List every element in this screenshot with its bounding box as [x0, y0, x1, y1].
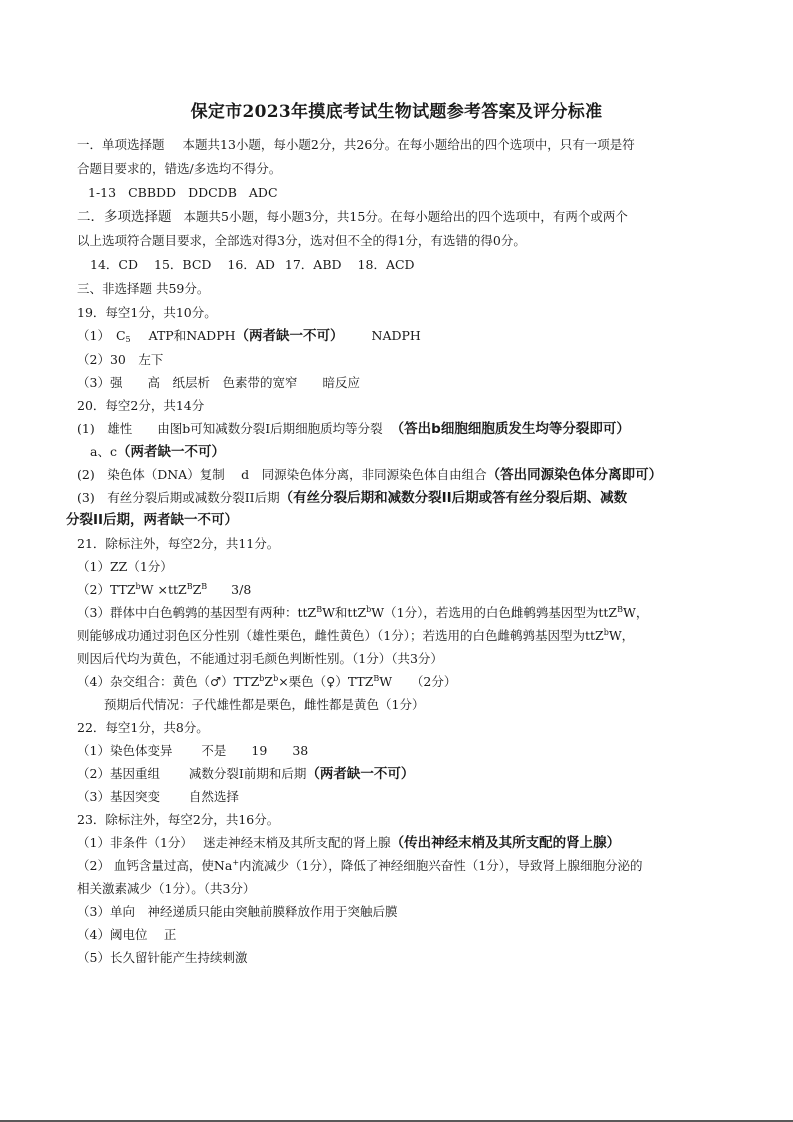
q20-part2: (2) 染色体（DNA）复制 d 同源染色体分离，非同源染色体自由组合（答出同源…: [77, 467, 737, 483]
page-title: 保定市2023年摸底考试生物试题参考答案及评分标准: [0, 97, 793, 122]
q23-part1-note: （传出神经末梢及其所支配的肾上腺）: [391, 835, 621, 851]
q22-part2-note: （两者缺一不可）: [306, 766, 414, 782]
q22-part2: （2）基因重组 减数分裂I前期和后期（两者缺一不可）: [77, 766, 737, 782]
section1-desc-line2: 合题目要求的，错选/多选均不得分。: [77, 161, 737, 177]
q23-part4: （4）阈电位 正: [77, 927, 737, 943]
q21-part3-line1: （3）群体中白色鹌鹑的基因型有两种：ttZBW和ttZbW（1分），若选用的白色…: [77, 605, 737, 621]
q19-part2: （2）30 左下: [77, 352, 737, 368]
section1-answers: 1-13CBBDDDDCDBADC: [88, 185, 748, 201]
q21-part4-expectation: 预期后代情况：子代雄性都是栗色，雌性都是黄色（1分）: [104, 697, 764, 713]
q22-header: 22．每空1分，共8分。: [77, 720, 737, 736]
q19-header: 19．每空1分，共10分。: [77, 305, 737, 321]
q21-part3-line2: 则能够成功通过羽色区分性别（雄性栗色，雌性黄色）（1分）；若选用的白色雌鹌鹑基因…: [77, 628, 737, 644]
q21-header: 21．除标注外，每空2分，共11分。: [77, 536, 737, 552]
q21-part4: （4）杂交组合：黄色（♂）TTZbZb×栗色（♀）TTZBW （2分）: [77, 674, 737, 690]
q19-part3: （3）强 高 纸层析 色素带的宽窄 暗反应: [77, 375, 737, 391]
q22-part1: （1）染色体变异 不是 19 38: [77, 743, 737, 759]
q20-part3: (3) 有丝分裂后期或减数分裂II后期（有丝分裂后期和减数分裂II后期或答有丝分…: [77, 490, 737, 506]
q23-part3: （3）单向 神经递质只能由突触前膜释放作用于突触后膜: [77, 904, 737, 920]
q23-part2-line1: （2） 血钙含量过高，使Na+内流减少（1分），降低了神经细胞兴奋性（1分），导…: [77, 858, 737, 874]
q23-header: 23．除标注外，每空2分，共16分。: [77, 812, 737, 828]
q21-part2: （2）TTZbW ×ttZBZB3/8: [77, 582, 737, 598]
q20-part1: (1) 雄性 由图b可知减数分裂I后期细胞质均等分裂（答出b细胞细胞质发生均等分…: [77, 421, 737, 437]
q19-part1: （1）C5ATP和NADPH（两者缺一不可）NADPH: [77, 328, 737, 344]
q20-part3-note: （有丝分裂后期和减数分裂II后期或答有丝分裂后期、减数: [280, 490, 628, 506]
section2-answers: 14．CD15．BCD16．AD17．ABD18．ACD: [90, 257, 750, 273]
q20-header: 20．每空2分，共14分: [77, 398, 737, 414]
section1-desc-line1: 一．单项选择题本题共13小题，每小题2分，共26分。在每小题给出的四个选项中，只…: [77, 137, 737, 153]
q20-part2-note: （答出同源染色体分离即可）: [487, 467, 663, 483]
q22-part3: （3）基因突变 自然选择: [77, 789, 737, 805]
q23-part1: （1）非条件（1分） 迷走神经末梢及其所支配的肾上腺（传出神经末梢及其所支配的肾…: [77, 835, 737, 851]
q23-part5: （5）长久留针能产生持续刺激: [77, 950, 737, 966]
section1-heading: 一．单项选择题: [77, 137, 165, 152]
q19-part1-note: （两者缺一不可）: [236, 328, 344, 344]
q20-part1-note: （答出b细胞细胞质发生均等分裂即可）: [391, 421, 630, 437]
section2-desc-line1: 二．多项选择题本题共5小题，每小题3分，共15分。在每小题给出的四个选项中，有两…: [77, 209, 737, 225]
section2-heading: 二．多项选择题: [77, 209, 172, 225]
document-page: 保定市2023年摸底考试生物试题参考答案及评分标准 一．单项选择题本题共13小题…: [0, 0, 793, 1122]
q20-part3-cont: 分裂II后期，两者缺一不可）: [66, 512, 726, 528]
q20-part1b: a、c（两者缺一不可）: [90, 444, 750, 460]
section3-heading: 三、非选择题 共59分。: [77, 281, 737, 297]
section2-desc-line2: 以上选项符合题目要求，全部选对得3分，选对但不全的得1分，有选错的得0分。: [77, 233, 737, 249]
q21-part3-line3: 则因后代均为黄色，不能通过羽毛颜色判断性别。（1分）（共3分）: [77, 651, 737, 667]
q23-part2-line2: 相关激素减少（1分）。（共3分）: [77, 881, 737, 897]
q21-part1: （1）ZZ（1分）: [77, 559, 737, 575]
